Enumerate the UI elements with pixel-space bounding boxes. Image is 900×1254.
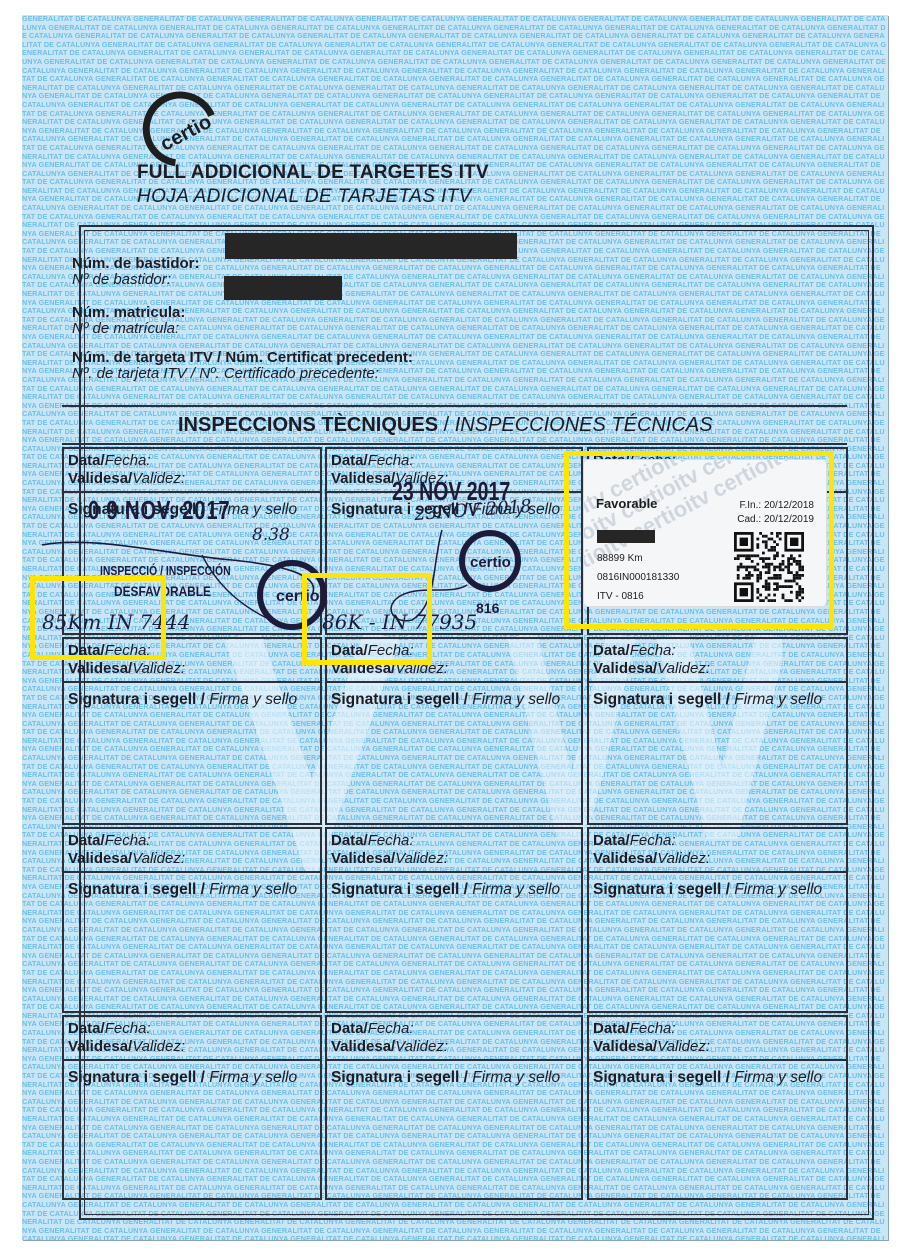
sticker-inspection-number: 0816IN000181330 [597, 572, 679, 583]
validity-label: Validesa/Validez: [593, 1038, 710, 1055]
date-label: Data/Fecha: [68, 452, 151, 469]
inspection-cell: Data/Fecha:Validesa/Validez:Signatura i … [62, 1015, 322, 1200]
logo-text: certio [157, 111, 215, 156]
signature-label: Signatura i segell / Firma y sello [331, 1069, 560, 1087]
cell-divider [589, 871, 846, 873]
title-catalan: FULL ADDICIONAL DE TARGETES ITV [137, 162, 489, 184]
cell-divider [64, 1059, 320, 1061]
redacted-matricula-value [224, 276, 342, 300]
validity-label: Validesa/Validez: [68, 1038, 185, 1055]
cell-divider [64, 491, 320, 493]
cell-divider [327, 871, 581, 873]
section-title-separator: / [438, 414, 455, 436]
document-page: GENERALITAT DE CATALUNYA GENERALITAT DE … [22, 15, 888, 1240]
validity-label: Validesa/Validez: [68, 660, 185, 677]
sticker-station: ITV - 0816 [597, 591, 644, 602]
sticker-date-expiry: Cad.: 20/12/2019 [737, 514, 814, 525]
date-label: Data/Fecha: [593, 832, 676, 849]
inspection-cell: Data/Fecha:Validesa/Validez:Signatura i … [325, 827, 583, 1013]
sticker-result: Favorable [596, 496, 657, 511]
validity-label: Validesa/Validez: [593, 660, 710, 677]
cell1-handwritten-note: 85Km IN 7444 [42, 610, 190, 634]
section-title-es: INSPECCIONES TÉCNICAS [455, 414, 713, 436]
inspection-cell: Data/Fecha:Validesa/Validez:Signatura i … [62, 827, 322, 1013]
cell-divider [327, 1059, 581, 1061]
inspection-cell: Data/Fecha:Validesa/Validez:Signatura i … [62, 637, 322, 825]
section-title: INSPECCIONS TÈCNIQUES / INSPECCIONES TÉC… [178, 414, 713, 437]
date-label: Data/Fecha: [593, 642, 676, 659]
date-label: Data/Fecha: [593, 1020, 676, 1037]
date-label: Data/Fecha: [68, 642, 151, 659]
signature-label: Signatura i segell / Firma y sello [593, 1069, 822, 1087]
signature-label: Signatura i segell / Firma y sello [331, 691, 560, 709]
qr-code-icon [734, 532, 804, 602]
matricula-label-es: Nº de matrícula: [72, 320, 179, 337]
signature-label: Signatura i segell / Firma y sello [331, 881, 560, 899]
matricula-label-ca: Núm. matricula: [72, 304, 185, 321]
date-label: Data/Fecha: [331, 1020, 414, 1037]
cell-divider [589, 681, 846, 683]
validity-label: Validesa/Validez: [68, 470, 185, 487]
sticker-date-in: F.In.: 20/12/2018 [739, 500, 814, 511]
cell-divider [64, 871, 320, 873]
validity-label: Validesa/Validez: [593, 850, 710, 867]
inspection-cell: Data/Fecha:Validesa/Validez:Signatura i … [587, 1015, 848, 1200]
inspection-cell: Data/Fecha:Validesa/Validez:Signatura i … [587, 637, 848, 825]
sticker-redacted-plate [597, 530, 655, 543]
sticker-km: 88899 Km [597, 553, 643, 564]
date-label: Data/Fecha: [331, 452, 414, 469]
validity-label: Validesa/Validez: [331, 850, 448, 867]
validity-label: Validesa/Validez: [68, 850, 185, 867]
date-label: Data/Fecha: [331, 832, 414, 849]
bastidor-label-ca: Núm. de bastidor: [72, 255, 200, 272]
signature-label: Signatura i segell / Firma y sello [68, 1069, 297, 1087]
validity-label: Validesa/Validez: [331, 1038, 448, 1055]
signature-label: Signatura i segell / Firma y sello [593, 881, 822, 899]
section-title-ca: INSPECCIONS TÈCNIQUES [178, 414, 438, 436]
cell-divider [327, 681, 581, 683]
inspection-cell: Data/Fecha:Validesa/Validez:Signatura i … [325, 637, 583, 825]
title-spanish: HOJA ADICIONAL DE TARJETAS ITV [137, 186, 472, 208]
signature-label: Signatura i segell / Firma y sello [68, 881, 297, 899]
targeta-label-es: Nº. de tarjeta ITV / Nº. Certificado pre… [72, 365, 379, 382]
cell-divider [64, 681, 320, 683]
date-label: Data/Fecha: [68, 1020, 151, 1037]
redacted-bastidor-value [225, 233, 517, 259]
signature-label: Signatura i segell / Firma y sello [593, 691, 822, 709]
targeta-label-ca: Núm. de targeta ITV / Núm. Certificat pr… [72, 349, 413, 366]
validity-label: Validesa/Validez: [331, 660, 448, 677]
cell-divider [589, 1059, 846, 1061]
itv-result-sticker: certioitv certioitv certioitv certioitv … [584, 460, 826, 606]
certio-logo-stamp: certio [140, 90, 226, 166]
inspection-cell: Data/Fecha:Validesa/Validez:Signatura i … [325, 1015, 583, 1200]
inspection-cell: Data/Fecha:Validesa/Validez:Signatura i … [587, 827, 848, 1013]
bastidor-label-es: Nº de bastidor: [72, 271, 171, 288]
cell2-handwritten-note: 86K - IN 77935 [322, 610, 477, 634]
date-label: Data/Fecha: [331, 642, 414, 659]
date-label: Data/Fecha: [68, 832, 151, 849]
signature-label: Signatura i segell / Firma y sello [68, 691, 297, 709]
